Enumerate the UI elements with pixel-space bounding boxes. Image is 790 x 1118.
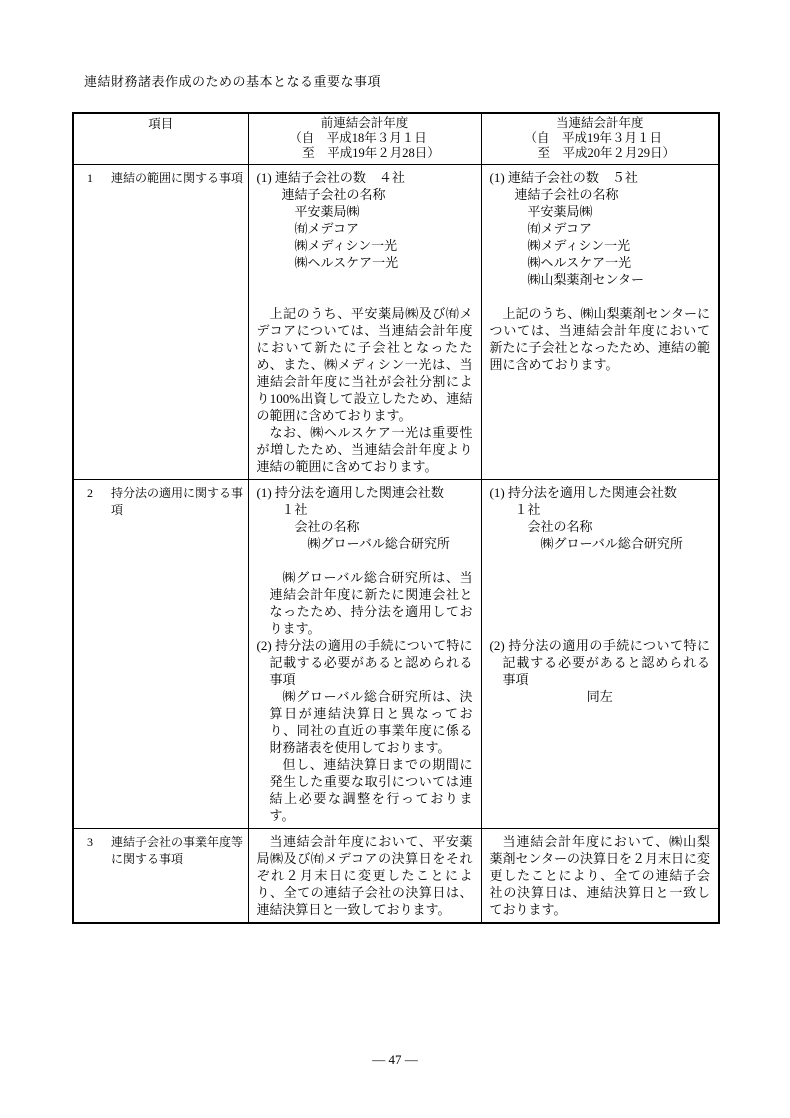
header-item-cell: 項目 [73, 113, 248, 165]
page-title: 連結財務諸表作成のための基本となる重要な事項 [84, 71, 381, 90]
subsidiary-count-line: (1) 連結子会社の数 ４社 [257, 169, 473, 186]
same-as-left-note: 同左 [490, 688, 711, 705]
spacer [257, 552, 473, 569]
row2-item-label: 持分法の適用に関する事項 [111, 486, 243, 517]
company-name: ㈱山梨薬剤センター [490, 271, 711, 288]
document-page: 連結財務諸表作成のための基本となる重要な事項 項目 前連結会計年度 （自 平成1… [0, 0, 790, 1118]
company-count: １社 [490, 501, 711, 518]
subsidiary-names-label: 連結子会社の名称 [257, 186, 473, 203]
spacer [490, 552, 711, 637]
curr-year-to: 至 平成20年２月29日） [524, 146, 675, 161]
paragraph: 当連結会計年度において、㈱山梨薬剤センターの決算日を２月末日に変更したことにより… [490, 833, 711, 918]
company-name: ㈲メデコア [257, 220, 473, 237]
row1-prev-cell: (1) 連結子会社の数 ４社 連結子会社の名称 平安薬局㈱ ㈲メデコア ㈱メディ… [248, 165, 481, 480]
row2-item-number: 2 [87, 485, 93, 502]
row2-item-cell: 2 持分法の適用に関する事項 [73, 480, 248, 829]
paragraph: ㈱グローバル総合研究所は、決算日が連結決算日と異なっており、同社の直近の事業年度… [257, 688, 473, 756]
paragraph: なお、㈱ヘルスケア一光は重要性が増したため、当連結会計年度より連結の範囲に含めて… [257, 424, 473, 475]
row1-curr-cell: (1) 連結子会社の数 ５社 連結子会社の名称 平安薬局㈱ ㈲メデコア ㈱メディ… [481, 165, 719, 480]
prev-year-from: （自 平成18年３月１日 [289, 131, 440, 146]
table-header-row: 項目 前連結会計年度 （自 平成18年３月１日 至 平成19年２月28日） 当連… [73, 113, 719, 165]
row3-item-number: 3 [87, 834, 93, 851]
company-name: 平安薬局㈱ [490, 203, 711, 220]
company-name: ㈱グローバル総合研究所 [490, 535, 711, 552]
subsidiary-count-line: (1) 連結子会社の数 ５社 [490, 169, 711, 186]
row3-item-cell: 3 連結子会社の事業年度等に関する事項 [73, 829, 248, 924]
header-curr-year-cell: 当連結会計年度 （自 平成19年３月１日 至 平成20年２月29日） [481, 113, 719, 165]
company-name: ㈱メディシン一光 [257, 237, 473, 254]
header-item-label: 項目 [148, 117, 173, 131]
header-prev-year-cell: 前連結会計年度 （自 平成18年３月１日 至 平成19年２月28日） [248, 113, 481, 165]
company-name: ㈲メデコア [490, 220, 711, 237]
row1-item-cell: 1 連結の範囲に関する事項 [73, 165, 248, 480]
equity-method-procedure-heading: (2) 持分法の適用の手続について特に記載する必要があると認められる事項 [490, 637, 711, 688]
paragraph: 上記のうち、㈱山梨薬剤センターについては、当連結会計年度において新たに子会社とな… [490, 305, 711, 373]
company-name: 平安薬局㈱ [257, 203, 473, 220]
row1-item: 1 連結の範囲に関する事項 [87, 170, 244, 187]
paragraph: ㈱グローバル総合研究所は、当連結会計年度に新たに関連会社となったため、持分法を適… [257, 569, 473, 637]
spacer [490, 288, 711, 305]
prev-year-period: （自 平成18年３月１日 至 平成19年２月28日） [289, 131, 440, 161]
row2-curr-cell: (1) 持分法を適用した関連会社数 １社 会社の名称 ㈱グローバル総合研究所 (… [481, 480, 719, 829]
row3-prev-cell: 当連結会計年度において、平安薬局㈱及び㈲メデコアの決算日をそれぞれ２月末日に変更… [248, 829, 481, 924]
table-row: 2 持分法の適用に関する事項 (1) 持分法を適用した関連会社数 １社 会社の名… [73, 480, 719, 829]
prev-year-to: 至 平成19年２月28日） [289, 146, 440, 161]
equity-method-count-line: (1) 持分法を適用した関連会社数 [490, 484, 711, 501]
company-count: １社 [257, 501, 473, 518]
row2-prev-cell: (1) 持分法を適用した関連会社数 １社 会社の名称 ㈱グローバル総合研究所 ㈱… [248, 480, 481, 829]
company-name: ㈱メディシン一光 [490, 237, 711, 254]
company-name: ㈱ヘルスケア一光 [490, 254, 711, 271]
row3-item: 3 連結子会社の事業年度等に関する事項 [87, 834, 244, 868]
row3-item-label: 連結子会社の事業年度等に関する事項 [111, 835, 243, 866]
curr-year-period: （自 平成19年３月１日 至 平成20年２月29日） [524, 131, 675, 161]
company-names-label: 会社の名称 [257, 518, 473, 535]
row3-curr-cell: 当連結会計年度において、㈱山梨薬剤センターの決算日を２月末日に変更したことにより… [481, 829, 719, 924]
row2-item: 2 持分法の適用に関する事項 [87, 485, 244, 519]
curr-year-from: （自 平成19年３月１日 [524, 131, 675, 146]
paragraph: 当連結会計年度において、平安薬局㈱及び㈲メデコアの決算日をそれぞれ２月末日に変更… [257, 833, 473, 918]
row1-item-label: 連結の範囲に関する事項 [111, 171, 243, 185]
curr-year-title: 当連結会計年度 [482, 116, 719, 131]
equity-method-count-line: (1) 持分法を適用した関連会社数 [257, 484, 473, 501]
row1-item-number: 1 [87, 170, 93, 187]
company-name: ㈱グローバル総合研究所 [257, 535, 473, 552]
important-matters-table: 項目 前連結会計年度 （自 平成18年３月１日 至 平成19年２月28日） 当連… [72, 112, 720, 924]
equity-method-procedure-heading: (2) 持分法の適用の手続について特に記載する必要があると認められる事項 [257, 637, 473, 688]
prev-year-title: 前連結会計年度 [249, 116, 481, 131]
paragraph: 上記のうち、平安薬局㈱及び㈲メデコアについては、当連結会計年度において新たに子会… [257, 305, 473, 424]
spacer [257, 271, 473, 305]
company-names-label: 会社の名称 [490, 518, 711, 535]
subsidiary-names-label: 連結子会社の名称 [490, 186, 711, 203]
table-row: 3 連結子会社の事業年度等に関する事項 当連結会計年度において、平安薬局㈱及び㈲… [73, 829, 719, 924]
company-name: ㈱ヘルスケア一光 [257, 254, 473, 271]
page-number: ― 47 ― [0, 1052, 790, 1068]
paragraph: 但し、連結決算日までの期間に発生した重要な取引については連結上必要な調整を行って… [257, 756, 473, 824]
table-row: 1 連結の範囲に関する事項 (1) 連結子会社の数 ４社 連結子会社の名称 平安… [73, 165, 719, 480]
